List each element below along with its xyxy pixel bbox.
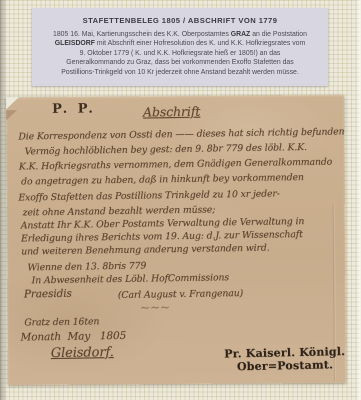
description-line: Generalkommando zu Graz, dass bei vorkom… bbox=[41, 58, 319, 68]
handwritten-line: Gratz den 16ten bbox=[24, 316, 99, 328]
handwriting-layer: AbschriftDie Korrespondenz von Ossti den… bbox=[6, 95, 346, 385]
handwritten-line: (Carl August v. Frangenau) bbox=[118, 288, 243, 301]
handwritten-line: Wienne den 13. 8bris 779 bbox=[27, 260, 146, 273]
description-panel: STAFETTENBELEG 1805 / ABSCHRIFT VON 1779… bbox=[32, 8, 328, 86]
handwritten-line: Die Korrespondenz von Ossti den —— diese… bbox=[18, 126, 344, 142]
description-line: Postillions-Trinkgeld von 10 Kr jederzei… bbox=[41, 68, 319, 78]
signature-flourish: ~~~ bbox=[140, 300, 170, 314]
abschrift-heading: Abschrift bbox=[143, 104, 200, 120]
document-scan: P. P. AbschriftDie Korrespondenz von Oss… bbox=[6, 95, 346, 385]
handwritten-line: Vermög hochlöblichen bey gest: den 9. 8b… bbox=[25, 142, 307, 157]
description-line: GLEISDORF mit Abschrift einer Hofresolut… bbox=[41, 39, 319, 49]
handwritten-line: K.K. Hofkriegsraths vernommen, dem Gnädi… bbox=[19, 157, 332, 173]
handwritten-line: zeit ohne Anstand bezahlt werden müsse; bbox=[22, 204, 215, 218]
handwritten-line: Praesidis bbox=[24, 288, 72, 301]
handwritten-line: und weiteren Benehmung anderung verstand… bbox=[21, 243, 270, 258]
handwritten-line: Exoffo Stafetten das Postillions Trinkge… bbox=[18, 188, 280, 203]
handwritten-line: Monath May 1805 bbox=[20, 330, 126, 344]
album-page: STAFETTENBELEG 1805 / ABSCHRIFT VON 1779… bbox=[0, 0, 361, 400]
description-line: 1805 16. Mai, Kartierungsschein des K.K.… bbox=[41, 30, 319, 40]
description-line: 9. Oktober 1779 ( K. und K.K. Hofkriegsr… bbox=[41, 49, 319, 59]
lot-title: STAFETTENBELEG 1805 / ABSCHRIFT VON 1779 bbox=[41, 16, 319, 25]
stamp-line-2: Ober=Postamt. bbox=[224, 358, 346, 373]
lot-description: 1805 16. Mai, Kartierungsschein des K.K.… bbox=[41, 30, 319, 78]
gleisdorf-signature: Gleisdorf. bbox=[51, 345, 114, 361]
handwritten-line: In Abwesenheit des Löbl. HofCommissions bbox=[32, 272, 230, 286]
handwritten-line: do angetragen zu haben, daß in hinkunft … bbox=[21, 172, 304, 187]
folded-corner bbox=[6, 96, 20, 110]
postal-stamp: Pr. Kaiserl. Königl. Ober=Postamt. bbox=[224, 346, 346, 374]
